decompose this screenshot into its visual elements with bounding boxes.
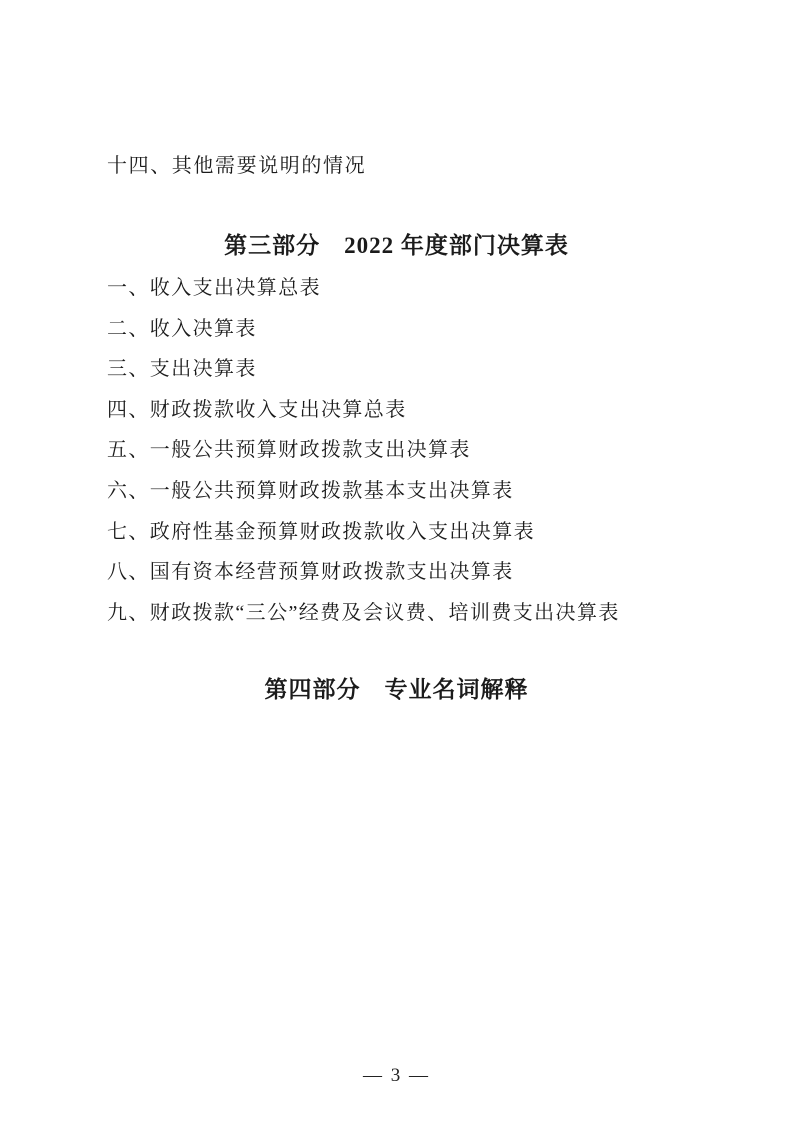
toc-item: 四、财政拨款收入支出决算总表: [107, 390, 620, 431]
toc-item: 八、国有资本经营预算财政拨款支出决算表: [107, 552, 620, 593]
toc-item: 一、收入支出决算总表: [107, 268, 620, 309]
toc-item: 三、支出决算表: [107, 349, 620, 390]
toc-item: 五、一般公共预算财政拨款支出决算表: [107, 430, 620, 471]
part3-toc-list: 一、收入支出决算总表 二、收入决算表 三、支出决算表 四、财政拨款收入支出决算总…: [107, 268, 620, 633]
toc-item: 二、收入决算表: [107, 309, 620, 350]
toc-item: 七、政府性基金预算财政拨款收入支出决算表: [107, 512, 620, 553]
toc-line-other-notes: 十四、其他需要说明的情况: [107, 149, 366, 178]
toc-item: 六、一般公共预算财政拨款基本支出决算表: [107, 471, 620, 512]
part3-heading: 第三部分 2022 年度部门决算表: [0, 227, 793, 260]
part4-heading: 第四部分 专业名词解释: [0, 671, 793, 704]
document-page: 十四、其他需要说明的情况 第三部分 2022 年度部门决算表 一、收入支出决算总…: [0, 0, 793, 1122]
toc-item: 九、财政拨款“三公”经费及会议费、培训费支出决算表: [107, 593, 620, 634]
page-number: — 3 —: [0, 1065, 793, 1087]
